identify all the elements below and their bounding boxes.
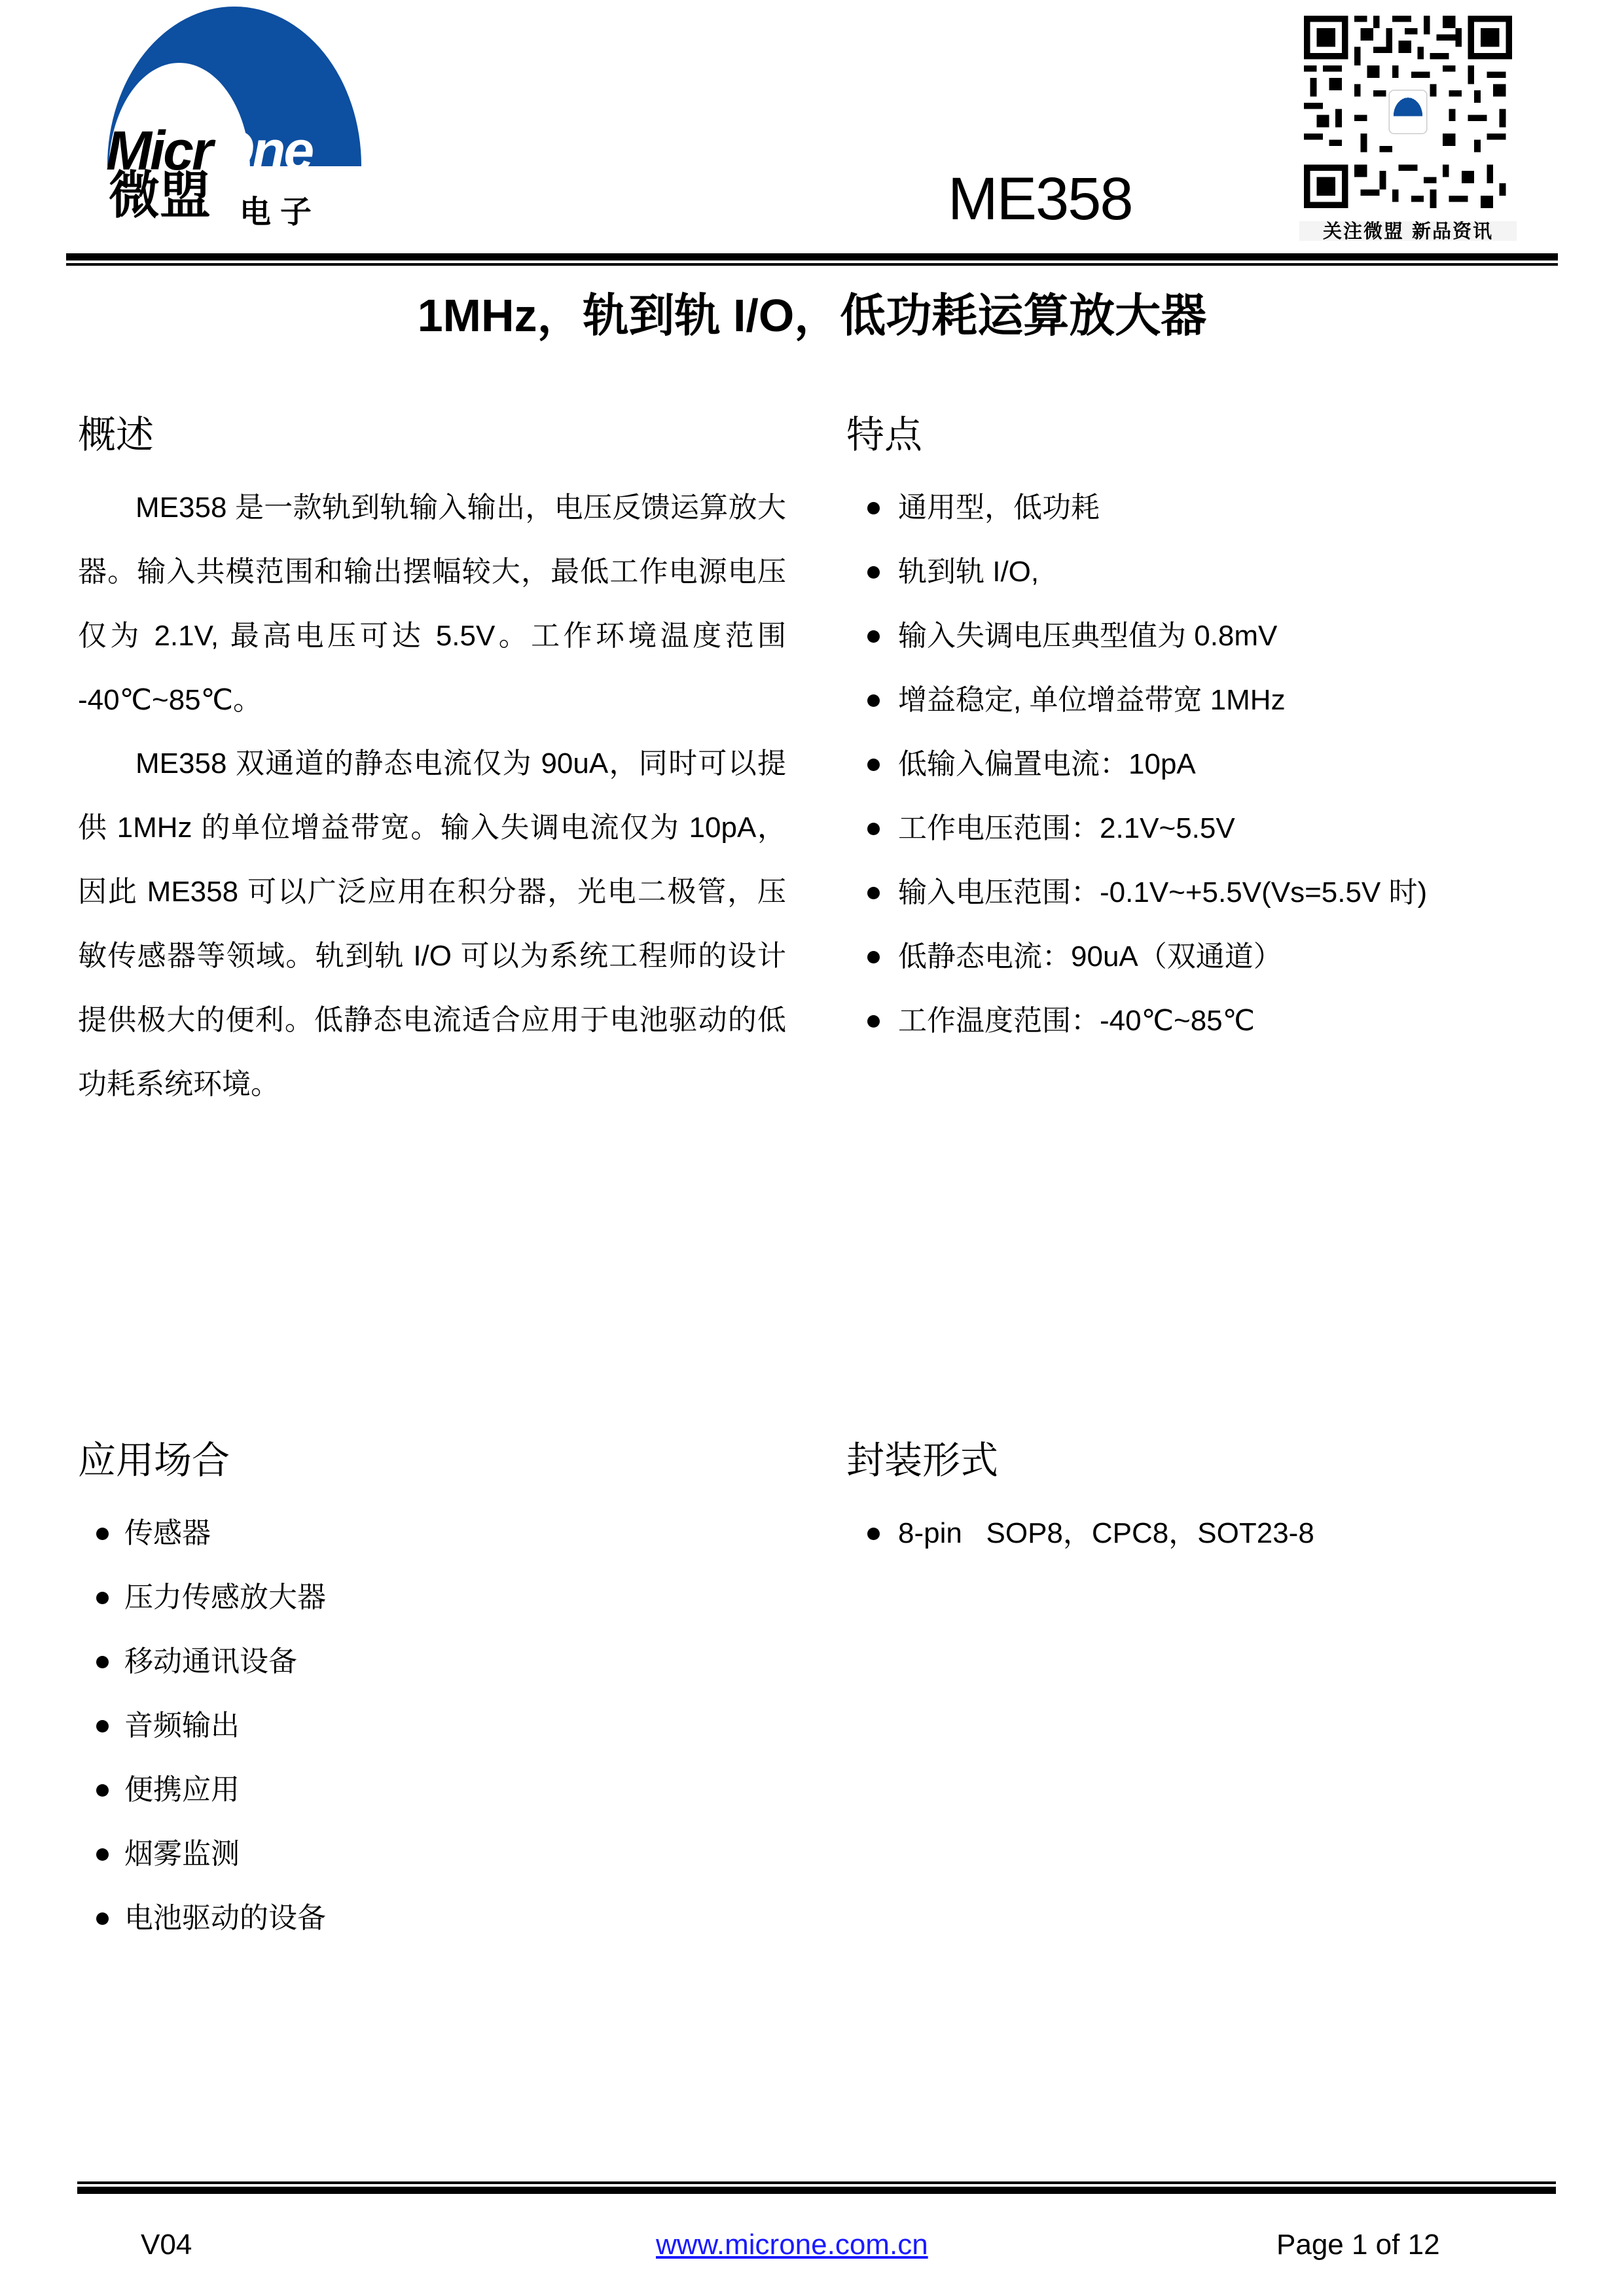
qr-code-icon: [1304, 16, 1512, 208]
company-logo: MicrOne 微盟 电子: [105, 5, 363, 231]
qr-caption: 关注微盟 新品资讯: [1299, 221, 1517, 241]
document-title: 1MHz，轨到轨 I/O，低功耗运算放大器: [0, 288, 1624, 343]
bullet-icon: [96, 1784, 109, 1797]
bullet-icon: [96, 1912, 109, 1925]
overview-paragraph: ME358 是一款轨到轨输入输出，电压反馈运算放大器。输入共模范围和输出摆幅较大…: [78, 476, 786, 732]
header-rule-thin: [66, 263, 1558, 266]
website-link[interactable]: www.microne.com.cn: [656, 2225, 928, 2265]
bullet-icon: [96, 1720, 109, 1732]
bullet-icon: [867, 951, 880, 963]
bullet-icon: [867, 823, 880, 835]
bullet-icon: [867, 1528, 880, 1540]
overview-paragraph: ME358 双通道的静态电流仅为 90uA，同时可以提供 1MHz 的单位增益带…: [78, 732, 786, 1117]
features-heading: 特点: [846, 416, 922, 454]
bullet-icon: [867, 630, 880, 643]
bullet-icon: [867, 759, 880, 771]
header-rule-thick: [66, 253, 1558, 260]
bullet-icon: [96, 1592, 109, 1604]
bullet-icon: [867, 502, 880, 514]
bullet-icon: [867, 887, 880, 899]
logo-chinese-sub: 电子: [240, 196, 321, 228]
part-number: ME358: [948, 169, 1132, 229]
footer-rule-thin: [77, 2181, 1556, 2184]
bullet-icon: [96, 1656, 109, 1668]
footer-rule-thick: [77, 2187, 1556, 2194]
bullet-icon: [867, 1015, 880, 1028]
logo-chinese-name: 微盟: [109, 170, 211, 221]
bullet-icon: [867, 694, 880, 707]
page-number: Page 1 of 12: [1276, 2225, 1440, 2265]
document-version: V04: [141, 2225, 192, 2265]
bullet-icon: [96, 1848, 109, 1861]
packages-heading: 封装形式: [846, 1442, 998, 1480]
applications-heading: 应用场合: [78, 1442, 230, 1480]
overview-heading: 概述: [78, 416, 154, 454]
logo-word-one: One: [211, 120, 312, 181]
bullet-icon: [867, 566, 880, 579]
bullet-icon: [96, 1528, 109, 1540]
